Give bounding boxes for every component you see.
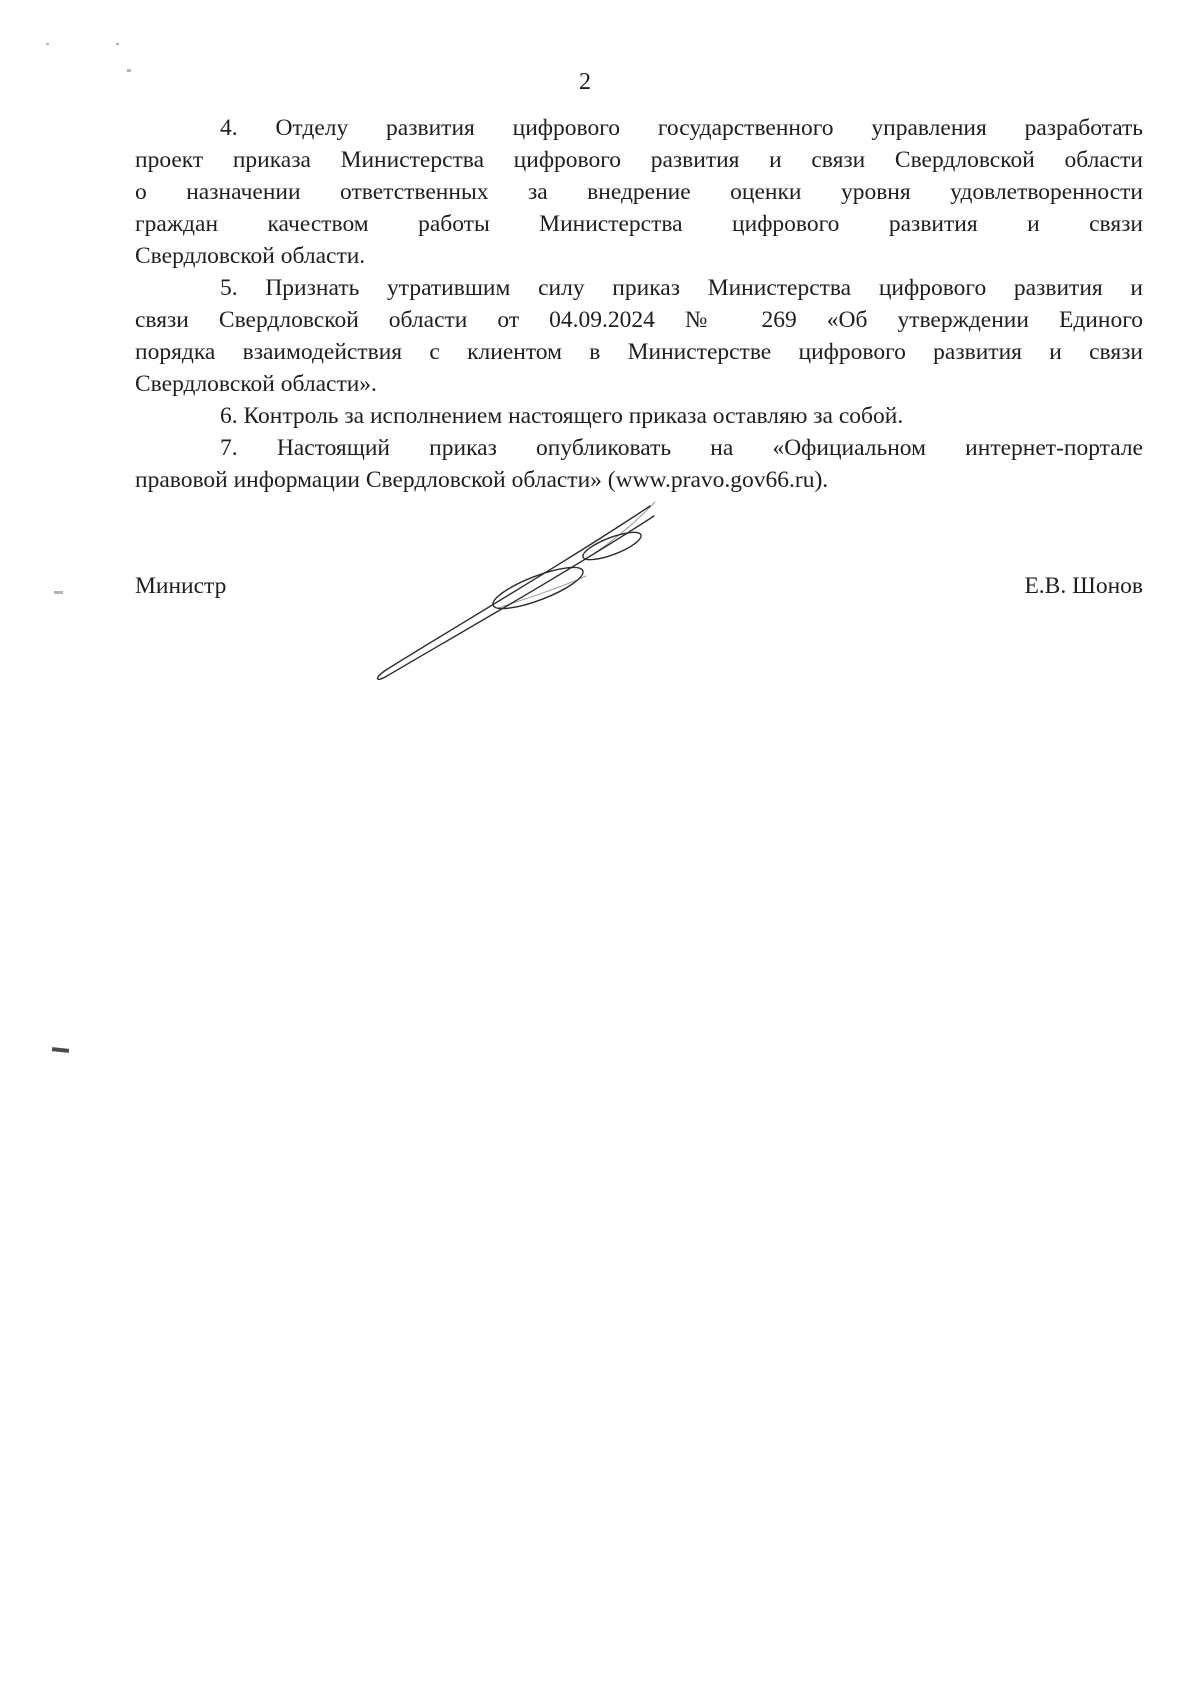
document-line: связи Свердловской области от 04.09.2024…: [135, 304, 1143, 336]
paragraph-item-5: 5. Признать утратившим силу приказ Минис…: [135, 272, 1143, 400]
scan-artifact-dash: [54, 591, 63, 594]
text-block: 4. Отделу развития цифрового государстве…: [135, 112, 1143, 496]
document-line: 4. Отделу развития цифрового государстве…: [135, 112, 1143, 144]
document-line: 6. Контроль за исполнением настоящего пр…: [135, 400, 1143, 432]
scan-artifact-dot: [127, 69, 131, 72]
signatory-name: Е.В. Шонов: [1024, 570, 1143, 602]
document-line: порядка взаимодействия с клиентом в Мини…: [135, 336, 1143, 368]
document-line: проект приказа Министерства цифрового ра…: [135, 144, 1143, 176]
signatory-position-label: Министр: [135, 570, 226, 602]
document-line: 7. Настоящий приказ опубликовать на «Офи…: [135, 432, 1143, 464]
document-line: граждан качеством работы Министерства ци…: [135, 208, 1143, 240]
scan-artifact-dot: [116, 43, 119, 45]
document-page: 2 4. Отделу развития цифрового государст…: [0, 0, 1200, 1697]
document-line: Свердловской области».: [135, 368, 1143, 400]
document-line: о назначении ответственных за внедрение …: [135, 176, 1143, 208]
document-line: Свердловской области.: [135, 240, 1143, 272]
page-number: 2: [135, 68, 1035, 96]
paragraph-item-4: 4. Отделу развития цифрового государстве…: [135, 112, 1143, 272]
document-line: 5. Признать утратившим силу приказ Минис…: [135, 272, 1143, 304]
scan-artifact-dot: [46, 43, 49, 45]
scan-artifact-dash: [52, 1047, 69, 1053]
paragraph-item-6: 6. Контроль за исполнением настоящего пр…: [135, 400, 1143, 432]
handwritten-signature-icon: [348, 486, 660, 694]
